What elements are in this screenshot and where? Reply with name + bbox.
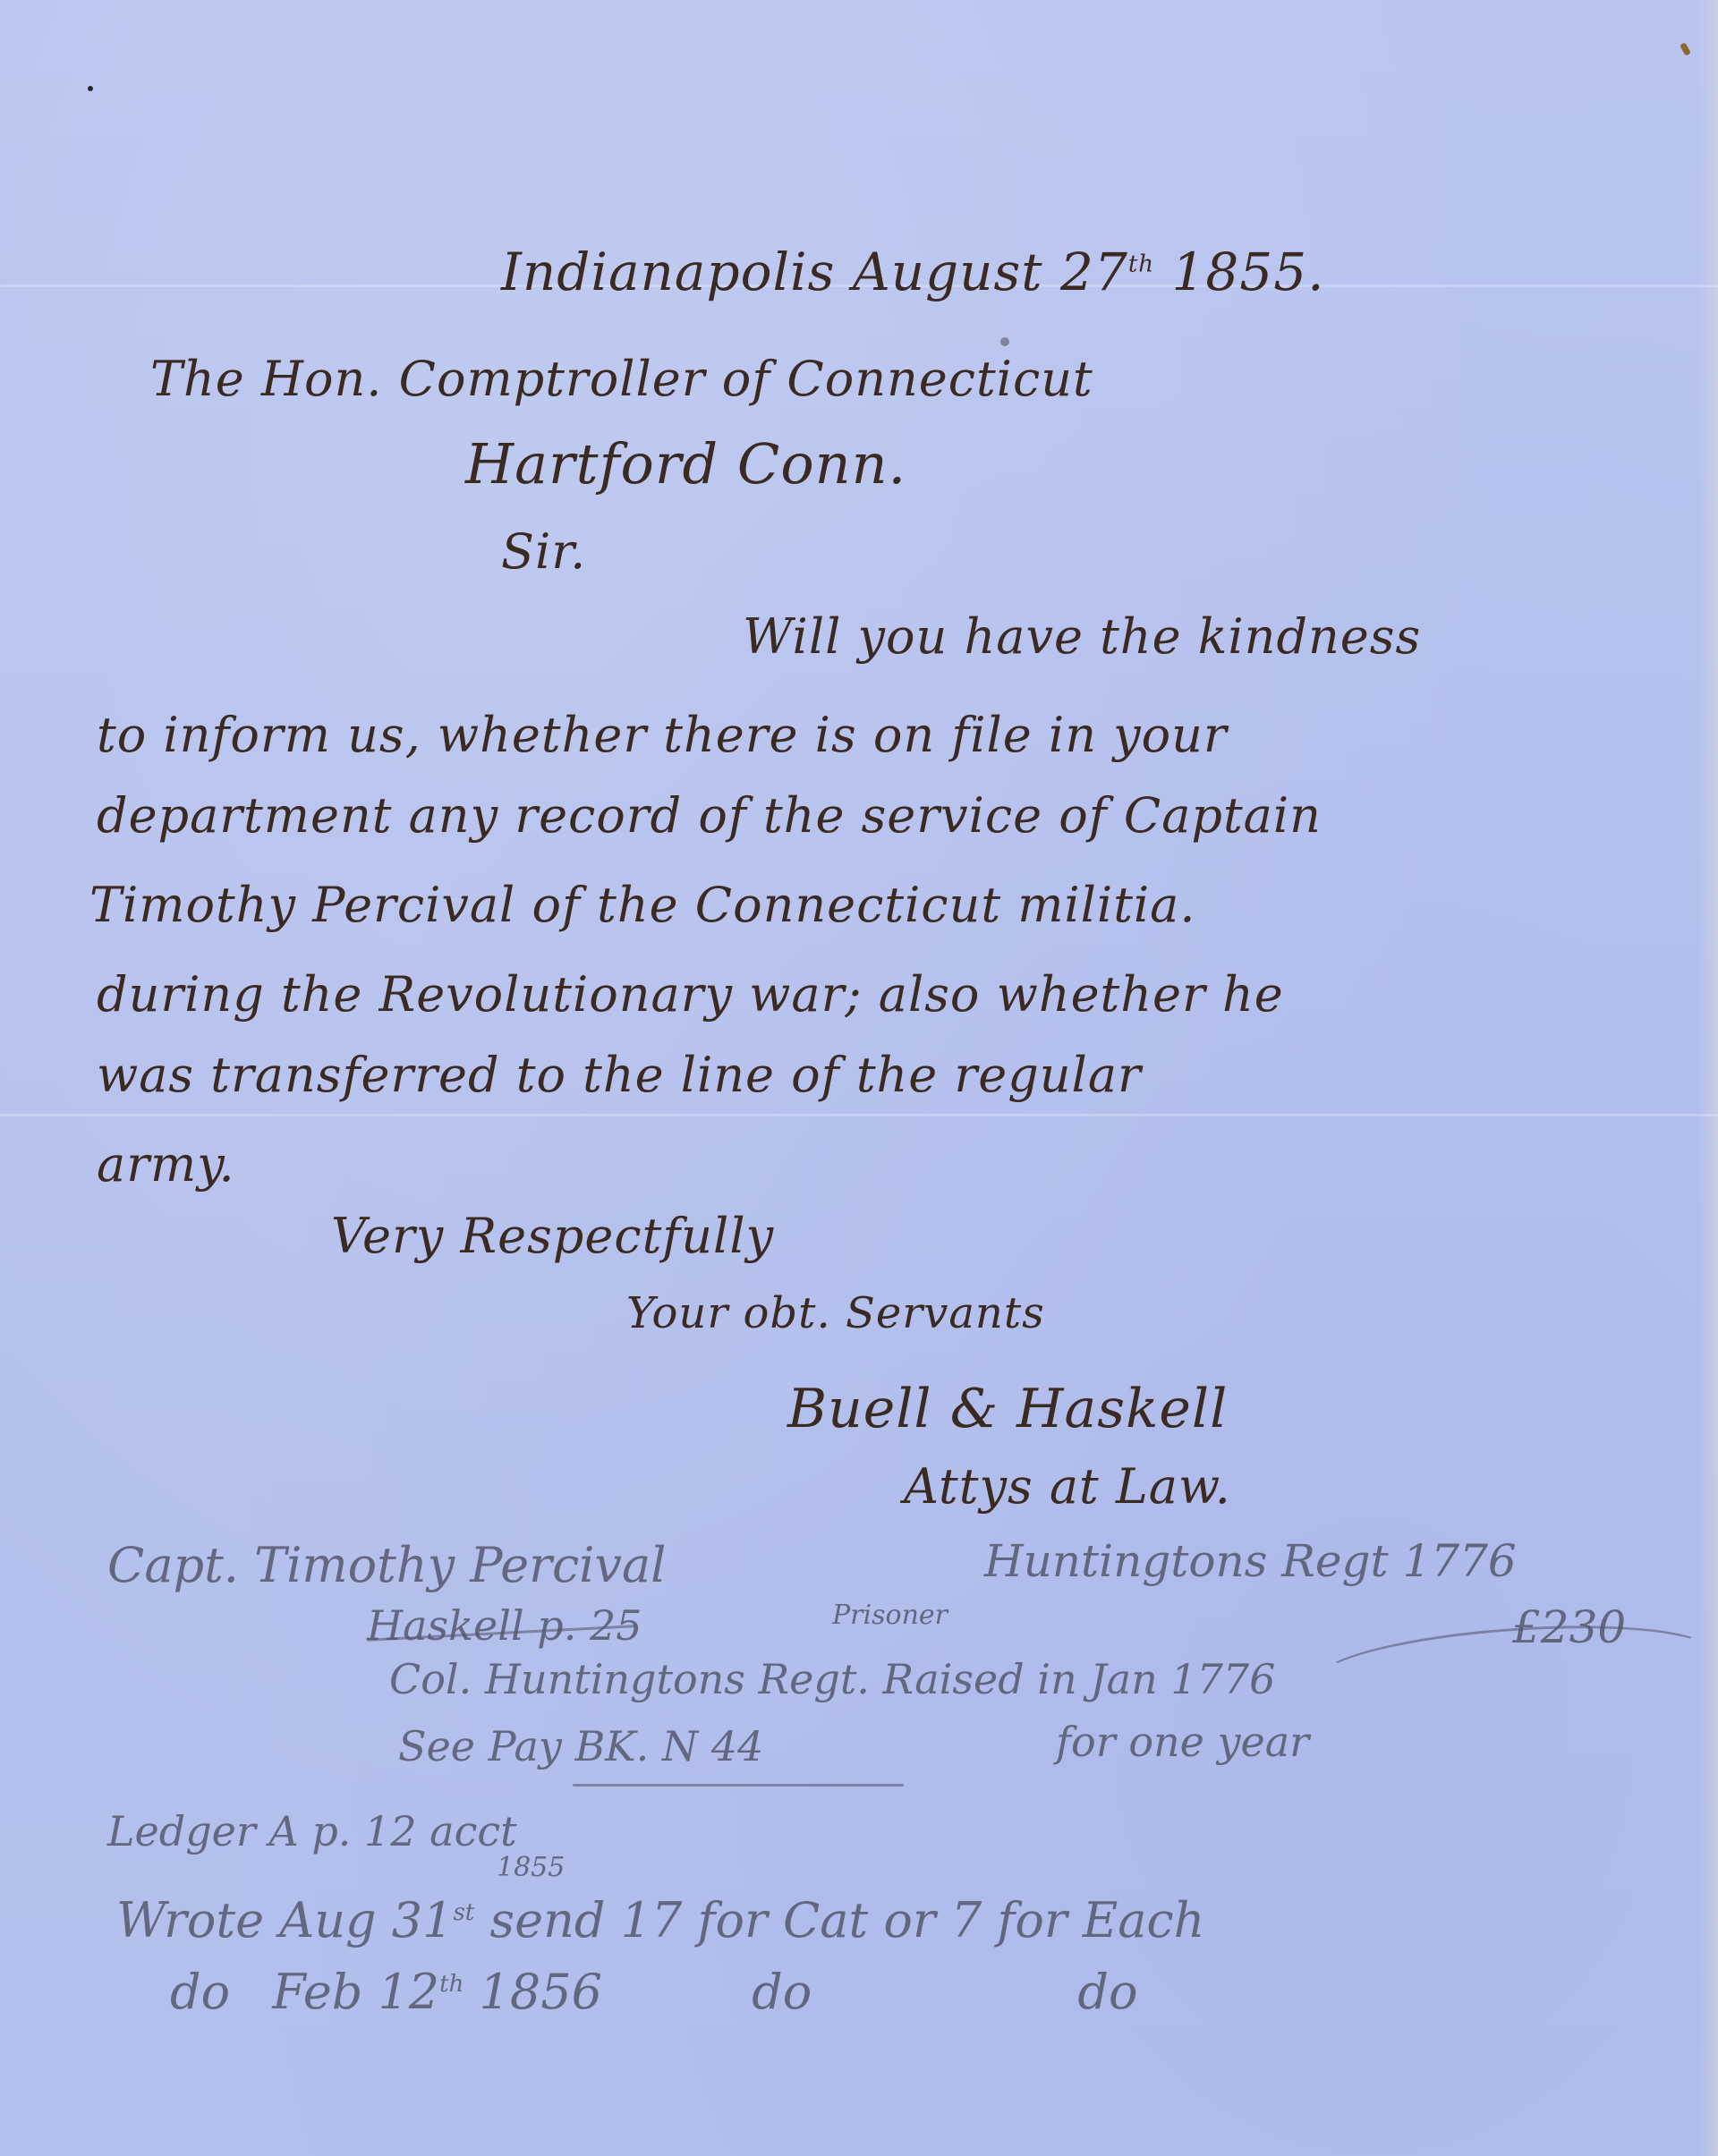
letter-dateline: Indianapolis August 27th 1855. (501, 242, 1325, 302)
wrote-date-suffix: st (453, 1899, 474, 1926)
ditto-mark: do (1077, 1964, 1137, 2020)
dateline-day-suffix: th (1128, 251, 1154, 278)
wrote-date: Wrote Aug 31 (116, 1892, 453, 1948)
annotation-one-year: for one year (1056, 1718, 1309, 1766)
dateline-year: 1855. (1172, 242, 1325, 302)
ink-blot (1000, 337, 1009, 346)
body-line-6: was transferred to the line of the regul… (97, 1047, 1142, 1103)
closing-line-2: Your obt. Servants (626, 1288, 1045, 1338)
body-line-3: department any record of the service of … (97, 787, 1322, 844)
annotation-pay-book: See Pay BK. N 44 (398, 1722, 763, 1770)
annotation-ledger: Ledger A p. 12 acct (107, 1807, 517, 1855)
annotation-regiment: Huntingtons Regt 1776 (984, 1535, 1517, 1587)
body-line-2: to inform us, whether there is on file i… (97, 707, 1228, 763)
ink-speck (88, 86, 93, 91)
annotation-underline (573, 1784, 904, 1787)
paper-fold-line (0, 1114, 1718, 1116)
closing-line-1: Very Respectfully (331, 1208, 774, 1264)
body-line-1: Will you have the kindness (743, 608, 1421, 665)
signature: Buell & Haskell (787, 1378, 1228, 1440)
dateline-month: August (853, 242, 1043, 302)
signature-title: Attys at Law. (904, 1458, 1231, 1515)
annotation-haskell-page: Haskell p. 25 (367, 1601, 642, 1650)
addressee-line-2: Hartford Conn. (465, 431, 906, 497)
body-line-7: army. (97, 1136, 235, 1193)
annotation-huntington-raised: Col. Huntingtons Regt. Raised in Jan 177… (389, 1655, 1275, 1703)
annotation-wrote-line-1: Wrote Aug 31st send 17 for Cat or 7 for … (116, 1892, 1204, 1948)
annotation-wrote-line-2: do Feb 12th 1856 do do (170, 1964, 1137, 2020)
annotation-prisoner: Prisoner (832, 1600, 948, 1631)
ditto-mark: do (752, 1964, 812, 2020)
dateline-place: Indianapolis (501, 242, 835, 302)
addressee-line-1: The Hon. Comptroller of Connecticut (150, 351, 1093, 407)
body-line-5: during the Revolutionary war; also wheth… (97, 966, 1284, 1023)
wrote-second-date-suffix: th (439, 1971, 464, 1998)
wrote-second-date: Feb 12 (272, 1964, 439, 2020)
body-line-4: Timothy Percival of the Connecticut mili… (89, 877, 1196, 933)
wrote-request: send 17 for Cat or 7 for Each (489, 1892, 1204, 1948)
annotation-wrote-year: 1855 (497, 1852, 565, 1883)
dateline-day: 27 (1060, 242, 1128, 302)
wrote-second-year: 1856 (480, 1964, 602, 2020)
paper-edge (1698, 0, 1718, 2156)
salutation: Sir. (501, 523, 586, 580)
annotation-captain-name: Capt. Timothy Percival (107, 1537, 666, 1593)
ditto-mark: do (170, 1964, 230, 2020)
